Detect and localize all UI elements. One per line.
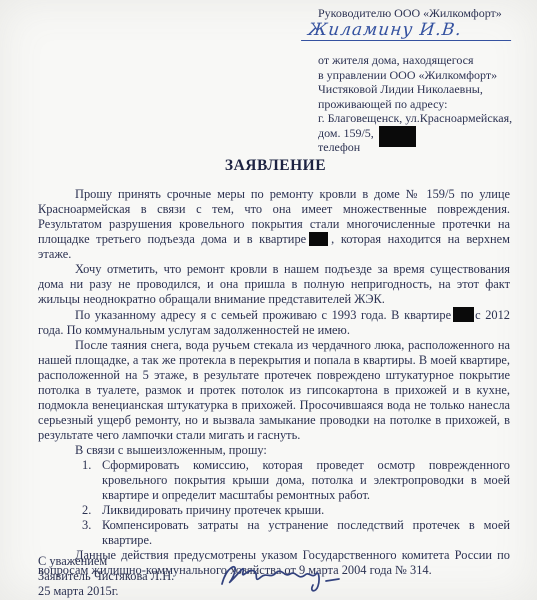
request-text: Сформировать комиссию, которая проведет …: [102, 458, 510, 503]
sender-line: Чистяковой Лидии Николаевны,: [318, 82, 516, 97]
signature-block: С уважением Заявитель Чистякова Л.Н. 25 …: [38, 554, 174, 599]
request-text: Компенсировать затраты на устранение пос…: [102, 518, 510, 548]
applicant-line: Заявитель Чистякова Л.Н.: [38, 569, 174, 584]
redaction-box-apartment-address: [379, 126, 416, 147]
recipient-line: Руководителю ООО «Жилкомфорт»: [318, 6, 516, 21]
redaction-box-apartment-number: [309, 232, 328, 246]
sender-line: от жителя дома, находящегося: [318, 53, 516, 68]
request-text: Ликвидировать причину протечек крыши.: [102, 503, 510, 518]
request-item: 1. Сформировать комиссию, которая провед…: [82, 458, 510, 503]
paragraph-request-intro: В связи с вышеизложенным, прошу:: [38, 443, 510, 458]
request-item: 2. Ликвидировать причину протечек крыши.: [82, 503, 510, 518]
redaction-box-apartment-number-2: [453, 307, 474, 322]
sender-line: в управлении ООО «Жилкомфорт»: [318, 68, 516, 83]
sender-line: г. Благовещенск, ул.Красноармейская,: [318, 111, 516, 126]
document-title: ЗАЯВЛЕНИЕ: [7, 157, 537, 175]
sender-block: от жителя дома, находящегося в управлени…: [318, 53, 516, 155]
regards-line: С уважением: [38, 554, 174, 569]
request-number: 1.: [82, 458, 102, 503]
scanned-letter-page: Руководителю ООО «Жилкомфорт» Жиламину И…: [0, 0, 537, 600]
sender-line-house: дом. 159/5,: [318, 126, 516, 141]
date-line: 25 марта 2015г.: [38, 584, 174, 599]
recipient-name-handwritten: Жиламину И.В.: [301, 23, 513, 41]
sender-line-phone: телефон: [318, 140, 516, 155]
request-number: 2.: [82, 503, 102, 518]
handwritten-signature-icon: [212, 556, 352, 598]
sender-line: проживающей по адресу:: [318, 97, 516, 112]
request-number: 3.: [82, 518, 102, 548]
paragraph-residency: По указанному адресу я с семьей проживаю…: [38, 307, 510, 338]
house-number-text: дом. 159/5,: [318, 126, 374, 140]
paragraph-request-repairs: Прошу принять срочные меры по ремонту кр…: [38, 187, 510, 262]
recipient-block: Руководителю ООО «Жилкомфорт» Жиламину И…: [318, 6, 516, 155]
request-item: 3. Компенсировать затраты на устранение …: [82, 518, 510, 548]
paragraph-damage-description: После таяния снега, вода ручьем стекала …: [38, 338, 510, 443]
paragraph-no-repairs-history: Хочу отметить, что ремонт кровли в нашем…: [38, 262, 510, 307]
letter-body: Прошу принять срочные меры по ремонту кр…: [38, 187, 510, 578]
